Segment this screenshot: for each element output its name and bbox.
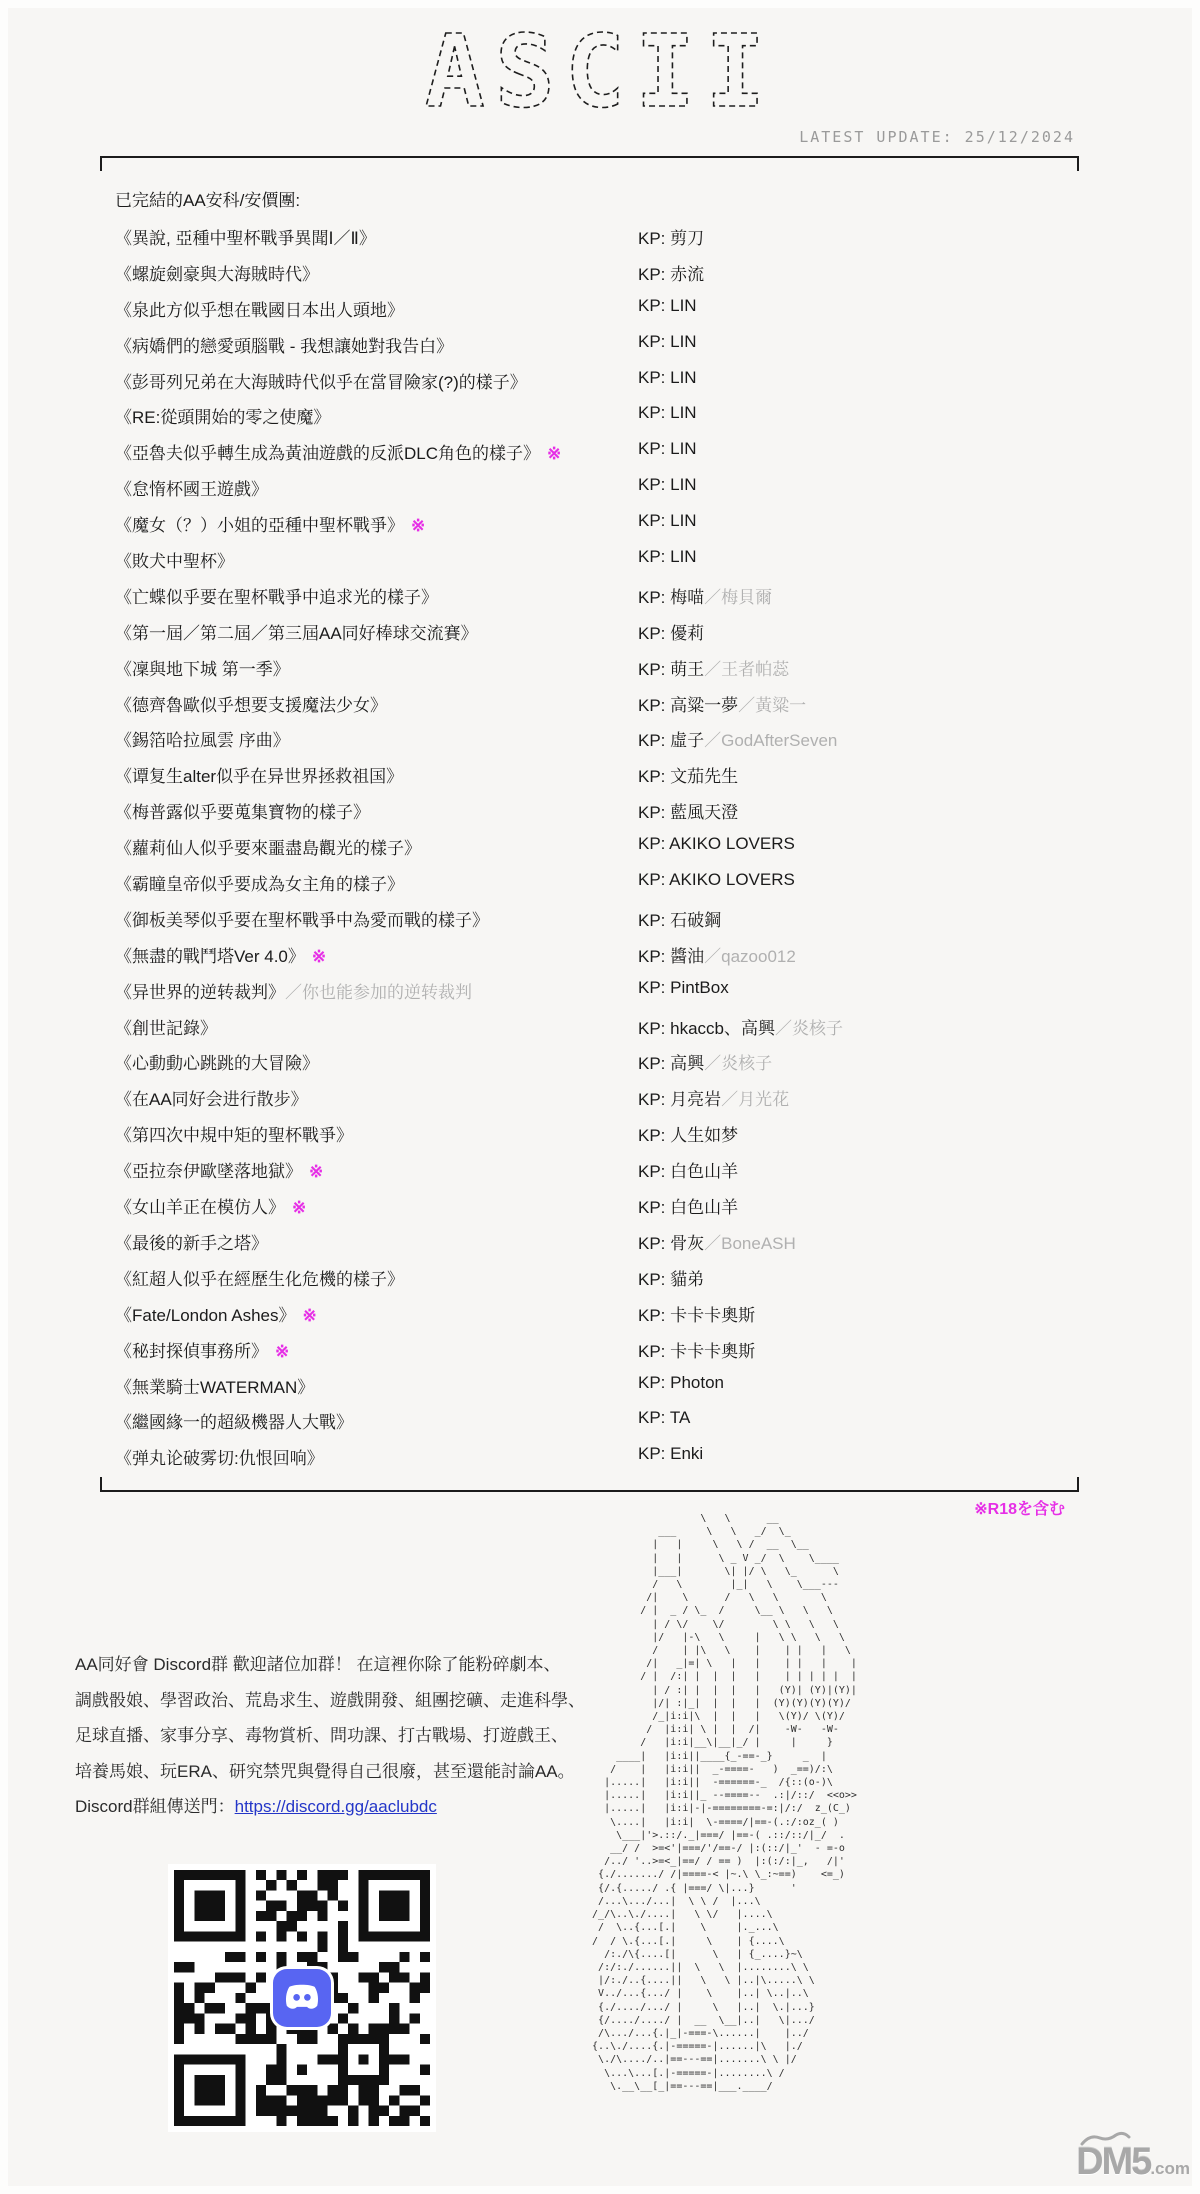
work-title: 《谭复生alter似乎在异世界拯救祖国》: [115, 762, 403, 787]
portal-line: Discord群組傳送門：https://discord.gg/aaclubdc: [75, 1792, 575, 1828]
discord-logo-icon: [273, 1969, 331, 2027]
work-kp: KP: Enki: [638, 1444, 703, 1464]
work-row: 《無業騎士WATERMAN》KP: Photon: [115, 1367, 1105, 1403]
work-kp: KP: 虛子／GodAfterSeven: [638, 726, 837, 751]
work-title: 《亞拉奈伊歐墜落地獄》※: [115, 1157, 323, 1182]
work-kp: KP: 貓弟: [638, 1265, 704, 1290]
character-ascii-art: \ \ __ ___ \ \ _/ \_ | | \ \ / __ \__ | …: [580, 1512, 857, 2093]
work-kp: KP: 醬油／qazoo012: [638, 942, 796, 967]
work-kp: KP: 石破鋼: [638, 906, 721, 931]
work-title: 《泉此方似乎想在戰國日本出人頭地》: [115, 296, 404, 321]
work-kp: KP: 月亮岩／月光花: [638, 1085, 789, 1110]
work-title: 《無業騎士WATERMAN》: [115, 1373, 314, 1398]
work-row: 《最後的新手之塔》KP: 骨灰／BoneASH: [115, 1223, 1105, 1259]
work-row: 《亞拉奈伊歐墜落地獄》※KP: 白色山羊: [115, 1151, 1105, 1187]
work-kp: KP: 高興／炎核子: [638, 1049, 772, 1074]
r18-mark: ※: [411, 516, 425, 535]
work-kp: KP: 高粱一夢／黃粱一: [638, 691, 806, 716]
work-kp: KP: 赤流: [638, 260, 704, 285]
work-row: 《異說, 亞種中聖杯戰爭異聞Ⅰ／Ⅱ》KP: 剪刀: [115, 218, 1105, 254]
ascii-title-text: ASCII: [424, 14, 775, 130]
community-block: AA同好會 Discord群 歡迎諸位加群！ 在這裡你除了能粉碎劇本、調戲骰娘、…: [75, 1650, 575, 1828]
work-row: 《泉此方似乎想在戰國日本出人頭地》KP: LIN: [115, 290, 1105, 326]
work-title: 《在AA同好会进行散步》: [115, 1085, 308, 1110]
work-row: 《亞魯夫似乎轉生成為黃油遊戲的反派DLC角色的樣子》※KP: LIN: [115, 433, 1105, 469]
work-title: 《RE:從頭開始的零之使魔》: [115, 403, 330, 428]
work-kp: KP: LIN: [638, 511, 697, 531]
work-row: 《第一屆／第二屆／第三屆AA同好棒球交流賽》KP: 優莉: [115, 613, 1105, 649]
work-title: 《病嬌們的戀愛頭腦戰 - 我想讓她對我告白》: [115, 332, 453, 357]
work-row: 《紅超人似乎在經歷生化危機的樣子》KP: 貓弟: [115, 1259, 1105, 1295]
work-row: 《創世記錄》KP: hkaccb、高興／炎核子: [115, 1008, 1105, 1044]
work-title: 《第四次中規中矩的聖杯戰爭》: [115, 1121, 353, 1146]
discord-qr-code: [168, 1864, 436, 2132]
work-title: 《凜與地下城 第一季》: [115, 655, 290, 680]
work-kp: KP: 人生如梦: [638, 1121, 738, 1146]
work-row: 《RE:從頭開始的零之使魔》KP: LIN: [115, 397, 1105, 433]
works-list: 《異說, 亞種中聖杯戰爭異聞Ⅰ／Ⅱ》KP: 剪刀《螺旋劍豪與大海賊時代》KP: …: [115, 218, 1105, 1474]
work-title: 《亞魯夫似乎轉生成為黃油遊戲的反派DLC角色的樣子》※: [115, 439, 561, 464]
work-kp: KP: PintBox: [638, 978, 729, 998]
dm5-watermark: DM5.com: [1020, 2136, 1190, 2188]
community-line: 調戲骰娘、學習政治、荒島求生、遊戲開發、組團挖礦、走進科學、: [75, 1686, 575, 1722]
work-kp: KP: 白色山羊: [638, 1157, 738, 1182]
work-title: 《無盡的戰鬥塔Ver 4.0》※: [115, 942, 326, 967]
work-title: 《創世記錄》: [115, 1014, 217, 1039]
work-row: 《魔女（？）小姐的亞種中聖杯戰爭》※KP: LIN: [115, 505, 1105, 541]
work-title: 《錫箔哈拉風雲 序曲》: [115, 726, 290, 751]
work-row: 《病嬌們的戀愛頭腦戰 - 我想讓她對我告白》KP: LIN: [115, 326, 1105, 362]
discord-invite-link[interactable]: https://discord.gg/aaclubdc: [235, 1797, 437, 1816]
work-title: 《螺旋劍豪與大海賊時代》: [115, 260, 319, 285]
work-title: 《梅普露似乎要蒐集寶物的樣子》: [115, 798, 370, 823]
community-lines: AA同好會 Discord群 歡迎諸位加群！ 在這裡你除了能粉碎劇本、調戲骰娘、…: [75, 1650, 575, 1792]
work-kp: KP: 優莉: [638, 619, 704, 644]
work-kp: KP: AKIKO LOVERS: [638, 834, 795, 854]
r18-mark: ※: [292, 1198, 306, 1217]
work-title: 《紅超人似乎在經歷生化危機的樣子》: [115, 1265, 404, 1290]
work-kp: KP: 卡卡卡奧斯: [638, 1337, 755, 1362]
ascii-title-art: ASCII: [340, 14, 860, 132]
work-title: 《異說, 亞種中聖杯戰爭異聞Ⅰ／Ⅱ》: [115, 224, 376, 249]
work-row: 《怠惰杯國王遊戲》KP: LIN: [115, 469, 1105, 505]
work-title: 《女山羊正在模仿人》※: [115, 1193, 306, 1218]
work-title: 《怠惰杯國王遊戲》: [115, 475, 268, 500]
frame-rule-bottom: [100, 1477, 1079, 1492]
work-kp: KP: TA: [638, 1408, 690, 1428]
work-row: 《谭复生alter似乎在异世界拯救祖国》KP: 文茄先生: [115, 756, 1105, 792]
dm5-rider-icon: [1078, 2130, 1132, 2148]
work-row: 《德齊魯歐似乎想要支援魔法少女》KP: 高粱一夢／黃粱一: [115, 685, 1105, 721]
work-row: 《在AA同好会进行散步》KP: 月亮岩／月光花: [115, 1079, 1105, 1115]
work-title: 《德齊魯歐似乎想要支援魔法少女》: [115, 691, 387, 716]
r18-mark: ※: [275, 1342, 289, 1361]
latest-update-label: LATEST UPDATE: 25/12/2024: [100, 128, 1075, 146]
work-title: 《繼國緣一的超級機器人大戰》: [115, 1408, 353, 1433]
work-kp: KP: 卡卡卡奧斯: [638, 1301, 755, 1326]
work-kp: KP: 骨灰／BoneASH: [638, 1229, 796, 1254]
work-title: 《Fate/London Ashes》※: [115, 1301, 317, 1326]
portal-label: Discord群組傳送門：: [75, 1797, 235, 1816]
community-line: AA同好會 Discord群 歡迎諸位加群！ 在這裡你除了能粉碎劇本、: [75, 1650, 575, 1686]
work-kp: KP: LIN: [638, 475, 697, 495]
work-row: 《女山羊正在模仿人》※KP: 白色山羊: [115, 1187, 1105, 1223]
work-row: 《心動動心跳跳的大冒險》KP: 高興／炎核子: [115, 1043, 1105, 1079]
work-row: 《凜與地下城 第一季》KP: 萌王／王者帕蕊: [115, 649, 1105, 685]
work-row: 《亡蝶似乎要在聖杯戰爭中追求光的樣子》KP: 梅喵／梅貝爾: [115, 577, 1105, 613]
r18-mark: ※: [303, 1306, 317, 1325]
work-row: 《弹丸论破雾切:仇恨回响》KP: Enki: [115, 1438, 1105, 1474]
community-line: 足球直播、家事分享、毒物賞析、問功課、打古戰場、打遊戲王、: [75, 1721, 575, 1757]
work-title: 《亡蝶似乎要在聖杯戰爭中追求光的樣子》: [115, 583, 438, 608]
work-kp: KP: 白色山羊: [638, 1193, 738, 1218]
work-title: 《敗犬中聖杯》: [115, 547, 234, 572]
work-row: 《异世界的逆转裁判》／你也能参加的逆转裁判KP: PintBox: [115, 972, 1105, 1008]
work-kp: KP: 梅喵／梅貝爾: [638, 583, 772, 608]
work-title: 《最後的新手之塔》: [115, 1229, 268, 1254]
work-title: 《彭哥列兄弟在大海賊時代似乎在當冒險家(?)的樣子》: [115, 368, 527, 393]
page: ASCII LATEST UPDATE: 25/12/2024 已完結的AA安科…: [0, 0, 1200, 2194]
r18-mark: ※: [547, 444, 561, 463]
work-title: 《心動動心跳跳的大冒險》: [115, 1049, 319, 1074]
work-title: 《霸瞳皇帝似乎要成為女主角的樣子》: [115, 870, 404, 895]
work-row: 《第四次中規中矩的聖杯戰爭》KP: 人生如梦: [115, 1115, 1105, 1151]
work-row: 《敗犬中聖杯》KP: LIN: [115, 541, 1105, 577]
work-kp: KP: LIN: [638, 296, 697, 316]
r18-mark: ※: [309, 1162, 323, 1181]
list-heading: 已完結的AA安科/安價團:: [115, 186, 300, 211]
r18-mark: ※: [312, 947, 326, 966]
work-kp: KP: hkaccb、高興／炎核子: [638, 1014, 843, 1039]
work-kp: KP: AKIKO LOVERS: [638, 870, 795, 890]
work-kp: KP: LIN: [638, 332, 697, 352]
work-row: 《繼國緣一的超級機器人大戰》KP: TA: [115, 1402, 1105, 1438]
work-kp: KP: 萌王／王者帕蕊: [638, 655, 789, 680]
work-kp: KP: LIN: [638, 547, 697, 567]
work-kp: KP: 文茄先生: [638, 762, 738, 787]
work-title: 《弹丸论破雾切:仇恨回响》: [115, 1444, 324, 1469]
work-kp: KP: 藍風天澄: [638, 798, 738, 823]
work-row: 《螺旋劍豪與大海賊時代》KP: 赤流: [115, 254, 1105, 290]
work-title: 《魔女（？）小姐的亞種中聖杯戰爭》※: [115, 511, 425, 536]
work-title: 《第一屆／第二屆／第三屆AA同好棒球交流賽》: [115, 619, 478, 644]
community-line: 培養馬娘、玩ERA、研究禁咒與覺得自己很廢，甚至還能討論AA。: [75, 1757, 575, 1793]
work-row: 《無盡的戰鬥塔Ver 4.0》※KP: 醬油／qazoo012: [115, 936, 1105, 972]
work-kp: KP: LIN: [638, 368, 697, 388]
work-row: 《蘿莉仙人似乎要來噩盡島觀光的樣子》KP: AKIKO LOVERS: [115, 828, 1105, 864]
work-kp: KP: 剪刀: [638, 224, 704, 249]
dm5-suffix: .com: [1150, 2159, 1190, 2178]
work-row: 《霸瞳皇帝似乎要成為女主角的樣子》KP: AKIKO LOVERS: [115, 864, 1105, 900]
work-row: 《彭哥列兄弟在大海賊時代似乎在當冒險家(?)的樣子》KP: LIN: [115, 362, 1105, 398]
work-row: 《御板美琴似乎要在聖杯戰爭中為愛而戰的樣子》KP: 石破鋼: [115, 900, 1105, 936]
work-row: 《梅普露似乎要蒐集寶物的樣子》KP: 藍風天澄: [115, 792, 1105, 828]
work-kp: KP: LIN: [638, 403, 697, 423]
work-title: 《异世界的逆转裁判》／你也能参加的逆转裁判: [115, 978, 472, 1003]
work-kp: KP: Photon: [638, 1373, 724, 1393]
work-title: 《御板美琴似乎要在聖杯戰爭中為愛而戰的樣子》: [115, 906, 489, 931]
work-title: 《蘿莉仙人似乎要來噩盡島觀光的樣子》: [115, 834, 421, 859]
work-row: 《Fate/London Ashes》※KP: 卡卡卡奧斯: [115, 1295, 1105, 1331]
work-row: 《錫箔哈拉風雲 序曲》KP: 虛子／GodAfterSeven: [115, 720, 1105, 756]
work-row: 《秘封探偵事務所》※KP: 卡卡卡奧斯: [115, 1331, 1105, 1367]
frame-rule-top: [100, 156, 1079, 171]
work-kp: KP: LIN: [638, 439, 697, 459]
work-title: 《秘封探偵事務所》※: [115, 1337, 289, 1362]
